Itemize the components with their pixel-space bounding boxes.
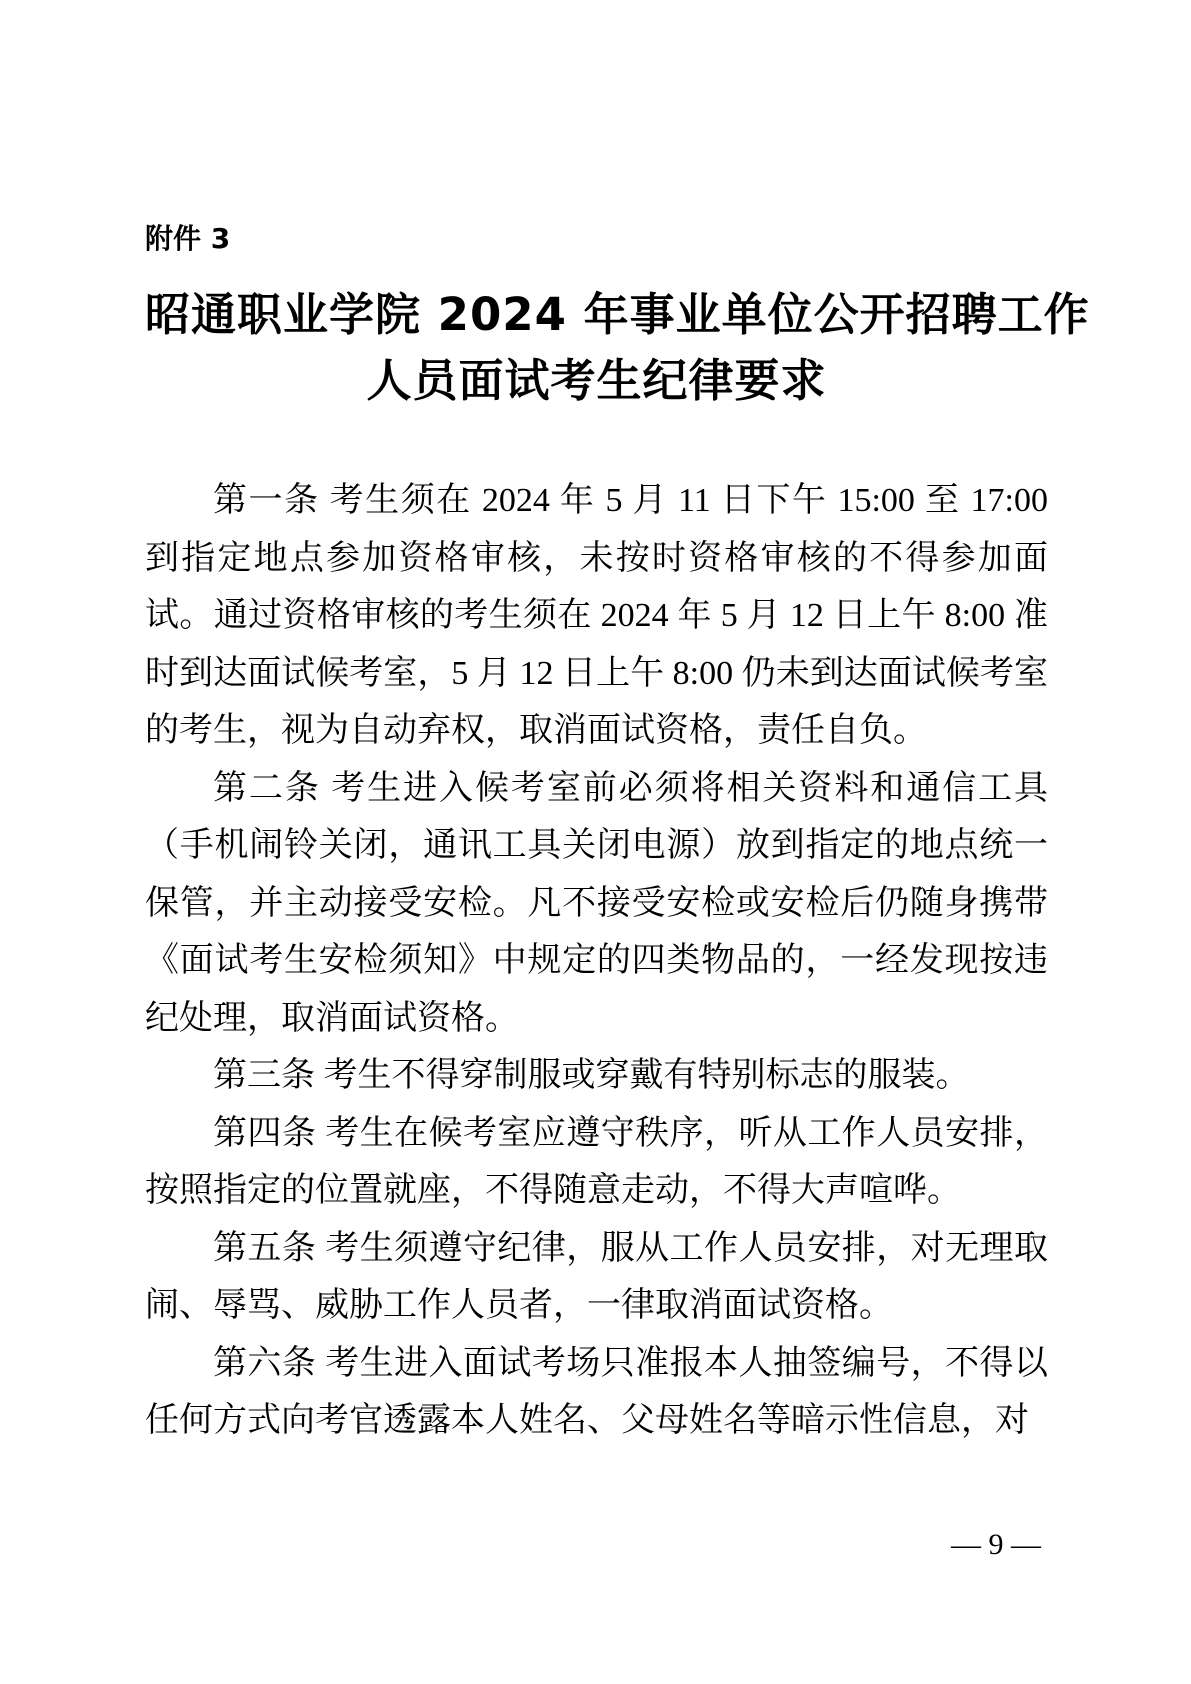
paragraph-article-5: 第五条 考生须遵守纪律，服从工作人员安排，对无理取闹、辱骂、威胁工作人员者，一律… [145, 1220, 1048, 1335]
paragraph-article-3: 第三条 考生不得穿制服或穿戴有特别标志的服装。 [145, 1047, 1048, 1105]
attachment-label: 附件 3 [145, 222, 1048, 256]
paragraph-article-4: 第四条 考生在候考室应遵守秩序，听从工作人员安排，按照指定的位置就座，不得随意走… [145, 1105, 1048, 1220]
paragraph-article-6: 第六条 考生进入面试考场只准报本人抽签编号，不得以任何方式向考官透露本人姓名、父… [145, 1335, 1048, 1450]
document-page: 附件 3 昭通职业学院 2024 年事业单位公开招聘工作 人员面试考生纪律要求 … [0, 0, 1191, 1684]
title-line-2: 人员面试考生纪律要求 [145, 348, 1048, 414]
paragraph-article-2: 第二条 考生进入候考室前必须将相关资料和通信工具（手机闹铃关闭，通讯工具关闭电源… [145, 760, 1048, 1048]
document-body: 第一条 考生须在 2024 年 5 月 11 日下午 15:00 至 17:00… [145, 472, 1048, 1450]
page-number: — 9 — [951, 1527, 1041, 1563]
document-title: 昭通职业学院 2024 年事业单位公开招聘工作 人员面试考生纪律要求 [145, 282, 1048, 414]
paragraph-article-1: 第一条 考生须在 2024 年 5 月 11 日下午 15:00 至 17:00… [145, 472, 1048, 760]
title-line-1: 昭通职业学院 2024 年事业单位公开招聘工作 [145, 282, 1048, 348]
